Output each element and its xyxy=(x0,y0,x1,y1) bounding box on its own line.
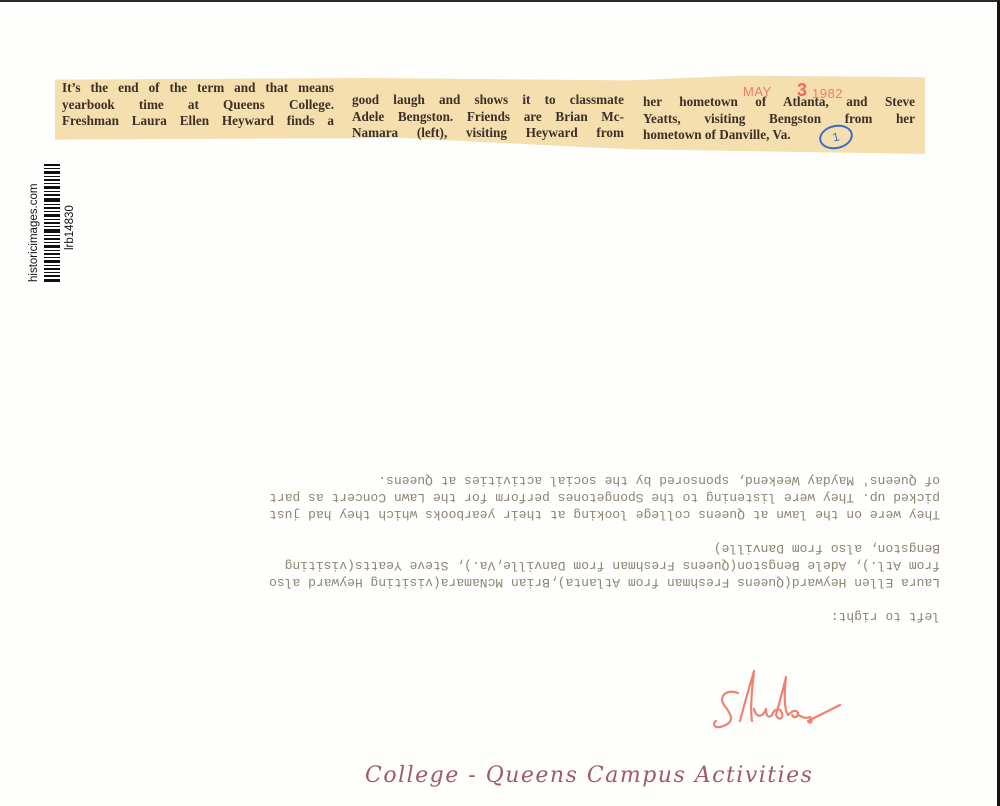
typed-description: left to right: Laura Ellen Heyward(Queen… xyxy=(70,455,940,625)
clipping-line: yearbook time at Queens College. xyxy=(62,97,334,114)
handwritten-caption: College - Queens Campus Activities xyxy=(365,763,813,788)
barcode-site-label: historicimages.com xyxy=(28,184,40,282)
clipping-line: good laugh and shows it to classmate xyxy=(352,92,624,109)
clipping-line: Namara (left), visiting Heyward from xyxy=(352,125,624,142)
handwritten-signature xyxy=(710,665,850,735)
date-stamp-year: 1982 xyxy=(812,86,843,101)
barcode-icon xyxy=(44,164,60,282)
date-stamp-month: MAY xyxy=(743,84,772,99)
barcode-id-label: lrb14830 xyxy=(64,205,76,250)
clipping-column-3: her hometown of Atlanta, and Steve Yeatt… xyxy=(643,94,915,144)
clipping-line: Freshman Laura Ellen Heyward finds a xyxy=(62,113,334,130)
clipping-column-1: It’s the end of the term and that means … xyxy=(62,80,334,130)
clipping-column-2: good laugh and shows it to classmate Ade… xyxy=(352,92,624,142)
typed-line: left to right: xyxy=(70,608,940,625)
typed-line: picked up. They were listening to the Sp… xyxy=(70,489,940,506)
clipping-line: Adele Bengston. Friends are Brian Mc- xyxy=(352,109,624,126)
clipping-line: Yeatts, visiting Bengston from her xyxy=(643,111,915,128)
clipping-line: It’s the end of the term and that means xyxy=(62,80,334,97)
typed-line: They were on the lawn at Queens college … xyxy=(70,506,940,523)
date-stamp-day: 3 xyxy=(797,80,808,101)
typed-blank-line xyxy=(70,591,940,608)
typed-line: from Atl.), Adele Bengston(Queens Freshm… xyxy=(70,557,940,574)
typed-line: of Queens' Mayday Weekend, sponsored by … xyxy=(70,472,940,489)
clipping-line: her hometown of Atlanta, and Steve xyxy=(643,94,915,111)
typed-blank-line xyxy=(70,523,940,540)
clipping-line: hometown of Danville, Va. xyxy=(643,127,915,144)
typed-line: Laura Ellen Heyward(Queens Freshman from… xyxy=(70,574,940,591)
typed-line: Bengston, also from Danville) xyxy=(70,540,940,557)
